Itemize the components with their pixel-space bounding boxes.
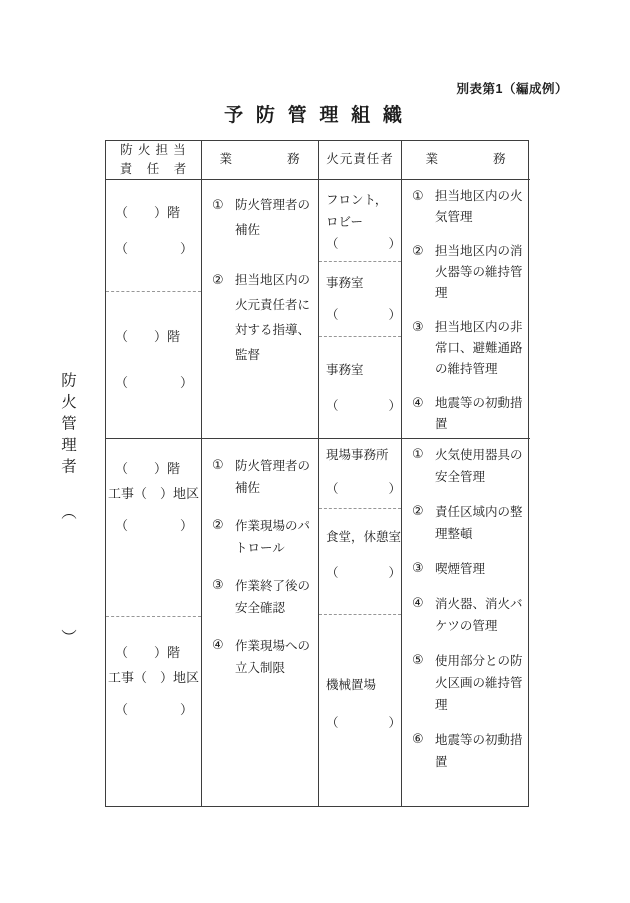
row1-duties-right-cell: ① 担当地区内の火気管理 ② 担当地区内の消火器等の維持管理 ③ 担当地区内の非… [401,179,530,438]
organization-table: 防 火 担 当 責 任 者 業 務 火元責任者 業 務 （ ）階 （ ） （ ）… [105,140,529,807]
duty-item: ② 担当地区内の消火器等の維持管理 [412,241,527,304]
area-name: 事務室 [326,275,401,291]
row2-duties-left-cell: ① 防火管理者の補佐 ② 作業現場のパトロール ③ 作業終了後の安全確認 ④ 作… [201,438,318,806]
floor-blank: （ ）階 [115,461,201,477]
duty-text: 喫煙管理 [435,558,527,580]
row1-fire-source-areas-cell: フロント， ロビー （ ） 事務室 （ ） 事務室 （ ） [318,179,401,438]
duty-item: ① 担当地区内の火気管理 [412,186,527,228]
duty-item: ① 火気使用器具の安全管理 [412,444,527,488]
duty-list: ① 火気使用器具の安全管理 ② 責任区域内の整理整頓 ③ 喫煙管理 ④ 消火器、… [402,439,530,773]
name-blank: （ ） [326,236,401,252]
duty-text: 地震等の初動措置 [435,729,527,773]
name-blank: （ ） [115,702,201,718]
duty-text: 作業終了後の安全確認 [235,575,315,619]
floor-section: （ ）階 （ ） [106,180,201,292]
duty-item: ② 責任区域内の整理整頓 [412,501,527,545]
duty-item: ④ 消火器、消火バケツの管理 [412,593,527,637]
header-fire-duty-manager: 防 火 担 当 責 任 者 [106,141,201,179]
duty-item: ⑤ 使用部分との防火区画の維持管理 [412,650,527,716]
area-name: 事務室 [326,362,401,378]
duty-text: 防火管理者の補佐 [235,455,315,499]
area-section: フロント， ロビー （ ） [319,180,401,262]
floor-section: （ ）階 （ ） [106,292,201,438]
duty-text: 担当地区内の火気管理 [435,186,527,228]
duty-item: ④ 作業現場への立入制限 [212,635,315,679]
duty-item: ② 担当地区内の火元責任者に対する指導、監督 [212,268,315,368]
name-blank: （ ） [326,715,401,731]
duty-list: ① 防火管理者の補佐 ② 作業現場のパトロール ③ 作業終了後の安全確認 ④ 作… [202,439,318,679]
area-name: 食堂，休憩室 [326,529,401,545]
name-blank: （ ） [326,481,401,497]
area-section: 事務室 （ ） [319,337,401,438]
duty-list: ① 防火管理者の補佐 ② 担当地区内の火元責任者に対する指導、監督 [202,180,318,368]
duty-number: ② [212,268,235,368]
construction-zone-blank: 工事（ ）地区 [108,486,201,502]
duty-item: ① 防火管理者の補佐 [212,193,315,243]
duty-number: ④ [412,393,435,435]
name-blank: （ ） [115,375,201,391]
duty-number: ④ [412,593,435,637]
duty-number: ③ [412,558,435,580]
close-paren: ） [59,629,76,651]
construction-zone-blank: 工事（ ）地区 [108,670,201,686]
row2-responsible-floors-cell: （ ）階 工事（ ）地区 （ ） （ ）階 工事（ ）地区 （ ） [106,438,201,806]
duty-text: 担当地区内の火元責任者に対する指導、監督 [235,268,315,368]
header-duties-right: 業 務 [401,141,530,179]
name-blank: （ ） [326,565,401,581]
duty-text: 担当地区内の非常口、避難通路の維持管理 [435,317,527,380]
duty-number: ⑥ [412,729,435,773]
duty-text: 作業現場のパトロール [235,515,315,559]
duty-number: ① [412,444,435,488]
duty-number: ② [412,241,435,304]
duty-text: 防火管理者の補佐 [235,193,315,243]
floor-section: （ ）階 工事（ ）地区 （ ） [106,617,201,806]
duty-number: ③ [212,575,235,619]
duty-item: ② 作業現場のパトロール [212,515,315,559]
duty-item: ③ 作業終了後の安全確認 [212,575,315,619]
header-line: 業 務 [219,150,300,169]
duty-text: 消火器、消火バケツの管理 [435,593,527,637]
header-line: 業 務 [425,150,506,169]
name-blank: （ ） [326,307,401,323]
row2-duties-right-cell: ① 火気使用器具の安全管理 ② 責任区域内の整理整頓 ③ 喫煙管理 ④ 消火器、… [401,438,530,806]
duty-text: 作業現場への立入制限 [235,635,315,679]
duty-number: ② [412,501,435,545]
duty-text: 火気使用器具の安全管理 [435,444,527,488]
duty-number: ① [212,193,235,243]
area-section: 食堂，休憩室 （ ） [319,509,401,615]
duty-item: ⑥ 地震等の初動措置 [412,729,527,773]
duty-list: ① 担当地区内の火気管理 ② 担当地区内の消火器等の維持管理 ③ 担当地区内の非… [402,180,530,435]
area-section: 事務室 （ ） [319,262,401,337]
duty-number: ③ [412,317,435,380]
duty-text: 責任区域内の整理整頓 [435,501,527,545]
floor-blank: （ ）階 [115,645,201,661]
duty-item: ④ 地震等の初動措置 [412,393,527,435]
fire-manager-label-text: 防火管理者 [59,372,76,480]
fire-manager-vertical-label: 防火管理者（） [56,372,78,692]
duty-item: ③ 喫煙管理 [412,558,527,580]
duty-number: ② [212,515,235,559]
area-section: 機械置場 （ ） [319,615,401,806]
area-name: フロント， [326,192,401,208]
duty-text: 担当地区内の消火器等の維持管理 [435,241,527,304]
name-blank: （ ） [115,241,201,257]
floor-section: （ ）階 工事（ ）地区 （ ） [106,439,201,617]
area-name: ロビー [326,214,401,230]
document-page: 別表第1（編成例） 予 防 管 理 組 織 防火管理者（） 防 火 担 当 責 … [0,0,630,903]
row2-fire-source-areas-cell: 現場事務所 （ ） 食堂，休憩室 （ ） 機械置場 （ ） [318,438,401,806]
duty-item: ③ 担当地区内の非常口、避難通路の維持管理 [412,317,527,380]
area-name: 機械置場 [326,677,401,693]
header-fire-source-manager: 火元責任者 [318,141,401,179]
header-line: 火元責任者 [326,150,394,169]
duty-text: 地震等の初動措置 [435,393,527,435]
duty-number: ① [212,455,235,499]
header-duties-left: 業 務 [201,141,318,179]
header-line: 防 火 担 当 [120,141,186,160]
row1-responsible-floors-cell: （ ）階 （ ） （ ）階 （ ） [106,179,201,438]
duty-item: ① 防火管理者の補佐 [212,455,315,499]
floor-blank: （ ）階 [115,205,201,221]
row1-duties-left-cell: ① 防火管理者の補佐 ② 担当地区内の火元責任者に対する指導、監督 [201,179,318,438]
duty-text: 使用部分との防火区画の維持管理 [435,650,527,716]
duty-number: ① [412,186,435,228]
floor-blank: （ ）階 [115,329,201,345]
page-title: 予 防 管 理 組 織 [0,100,630,127]
appendix-label: 別表第1（編成例） [457,79,568,97]
header-line: 責 任 者 [120,160,188,179]
area-section: 現場事務所 （ ） [319,439,401,509]
name-blank: （ ） [326,398,401,414]
name-blank: （ ） [115,518,201,534]
area-name: 現場事務所 [326,447,401,463]
duty-number: ⑤ [412,650,435,716]
duty-number: ④ [212,635,235,679]
open-paren: （ [59,504,76,526]
